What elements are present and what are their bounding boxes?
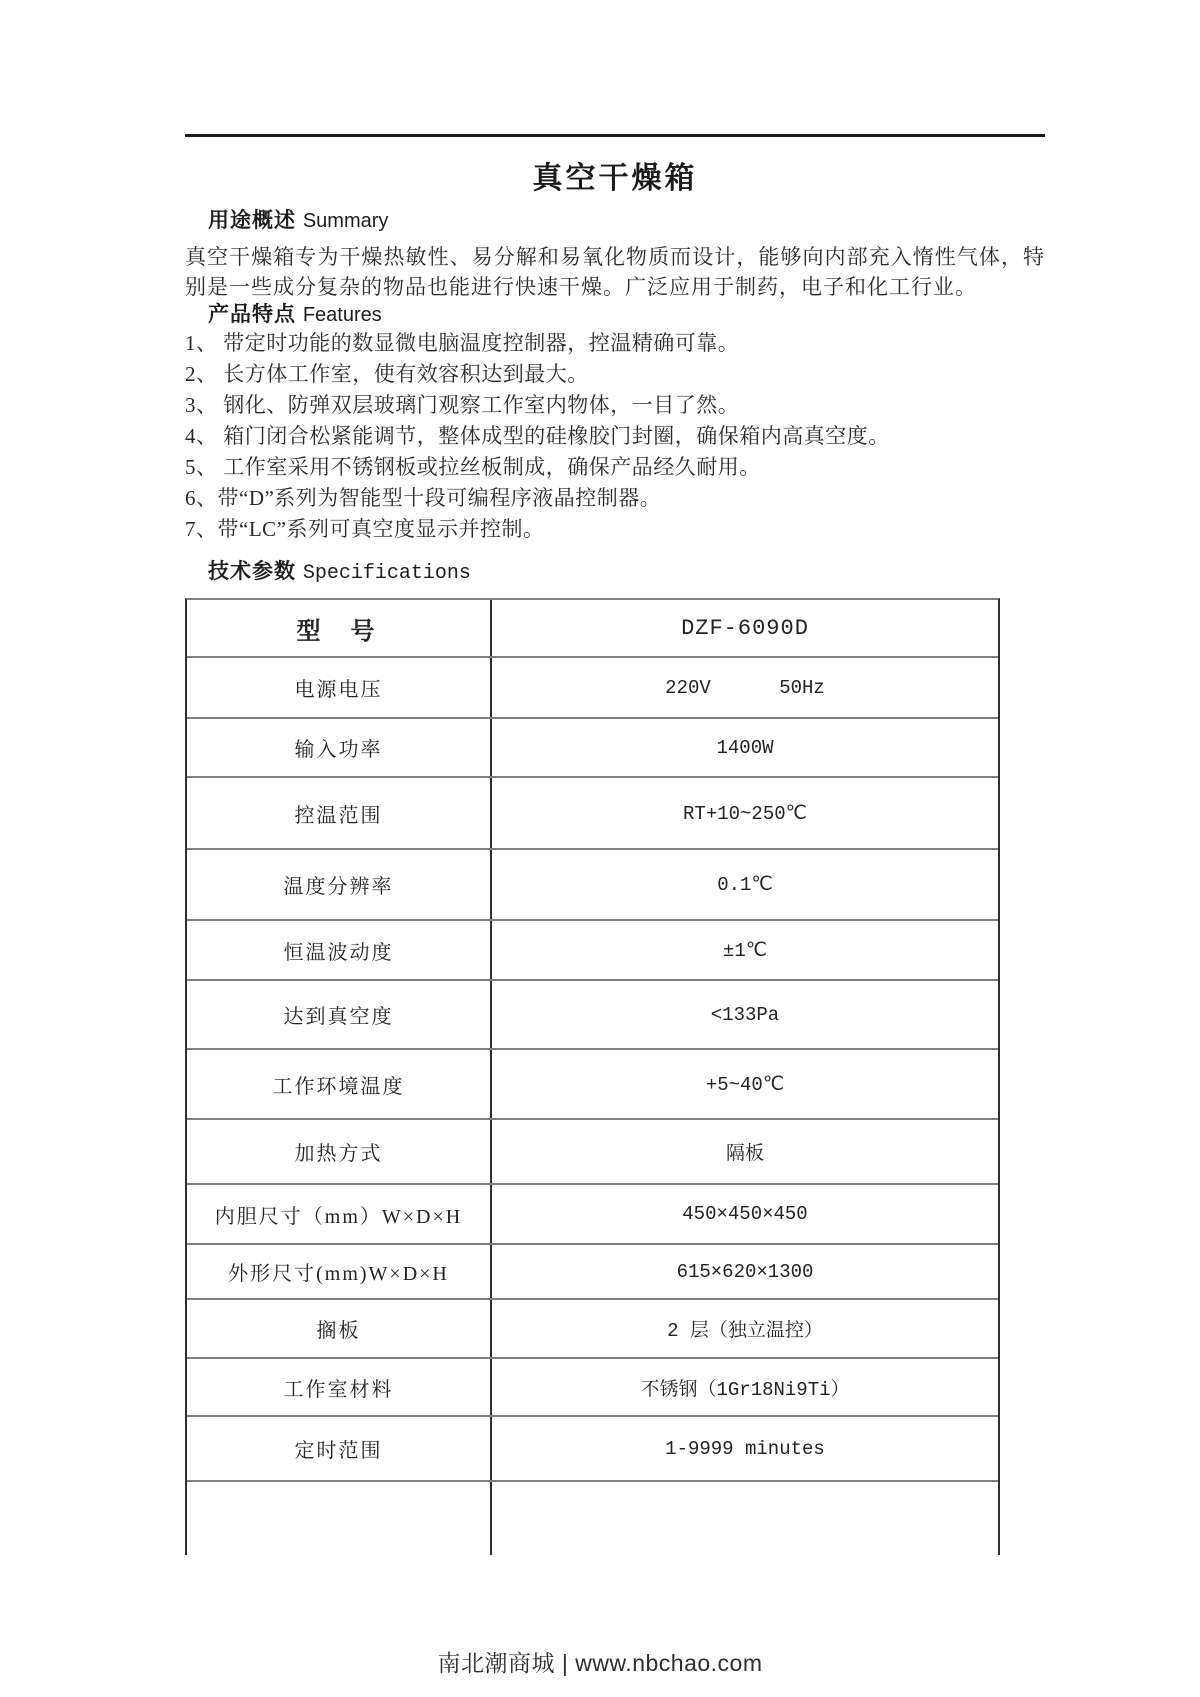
feature-item-4: 4、 箱门闭合松紧能调节，整体成型的硅橡胶门封圈，确保箱内高真空度。 xyxy=(185,421,1045,452)
page-title: 真空干燥箱 xyxy=(185,153,1045,192)
specifications-heading: 技术参数 Specifications xyxy=(185,559,1045,585)
features-heading: 产品特点 Features xyxy=(185,302,1045,328)
document-content: 真空干燥箱 用途概述 Summary 真空干燥箱专为干燥热敏性、易分解和易氧化物… xyxy=(185,0,1045,1555)
spec-value-power: 1400W xyxy=(492,719,998,776)
spec-value-outer-size: 615×620×1300 xyxy=(492,1245,998,1298)
spec-label-inner-size: 内胆尺寸（mm）W×D×H xyxy=(187,1185,492,1243)
document-page: { "document": { "title": "真空干燥箱", "summa… xyxy=(0,0,1200,1697)
table-row-power: 输入功率 1400W xyxy=(187,719,998,778)
header-rule xyxy=(185,134,1045,137)
spec-value-heating: 隔板 xyxy=(492,1120,998,1183)
spec-label-fluctuation: 恒温波动度 xyxy=(187,921,492,979)
spec-value-empty xyxy=(492,1482,998,1555)
table-row-timer: 定时范围 1-9999 minutes xyxy=(187,1417,998,1482)
table-row-ambient: 工作环境温度 +5~40℃ xyxy=(187,1050,998,1120)
spec-label-temp-range: 控温范围 xyxy=(187,778,492,848)
spec-value-vacuum: <133Pa xyxy=(492,981,998,1048)
table-row-model: 型 号 DZF-6090D xyxy=(187,600,998,658)
table-row-fluctuation: 恒温波动度 ±1℃ xyxy=(187,921,998,981)
table-row-outer-size: 外形尺寸(mm)W×D×H 615×620×1300 xyxy=(187,1245,998,1300)
summary-heading-en: Summary xyxy=(303,210,389,232)
spec-label-ambient: 工作环境温度 xyxy=(187,1050,492,1118)
spec-value-model: DZF-6090D xyxy=(492,600,998,656)
spec-label-outer-size: 外形尺寸(mm)W×D×H xyxy=(187,1245,492,1298)
spec-value-shelves: 2 层（独立温控） xyxy=(492,1300,998,1357)
table-row-shelves: 搁板 2 层（独立温控） xyxy=(187,1300,998,1359)
feature-item-5: 5、 工作室采用不锈钢板或拉丝板制成，确保产品经久耐用。 xyxy=(185,452,1045,483)
spec-label-material: 工作室材料 xyxy=(187,1359,492,1415)
feature-item-6: 6、带“D”系列为智能型十段可编程序液晶控制器。 xyxy=(185,483,1045,514)
spec-value-inner-size: 450×450×450 xyxy=(492,1185,998,1243)
features-heading-en: Features xyxy=(303,304,382,326)
features-list: 1、 带定时功能的数显微电脑温度控制器，控温精确可靠。 2、 长方体工作室，使有… xyxy=(185,328,1045,545)
spec-value-material: 不锈钢（1Gr18Ni9Ti） xyxy=(492,1359,998,1415)
spec-label-empty xyxy=(187,1482,492,1555)
table-row-resolution: 温度分辨率 0.1℃ xyxy=(187,850,998,921)
table-row-temp-range: 控温范围 RT+10~250℃ xyxy=(187,778,998,850)
table-row-material: 工作室材料 不锈钢（1Gr18Ni9Ti） xyxy=(187,1359,998,1417)
table-row-inner-size: 内胆尺寸（mm）W×D×H 450×450×450 xyxy=(187,1185,998,1245)
spec-label-vacuum: 达到真空度 xyxy=(187,981,492,1048)
spec-value-voltage: 220V 50Hz xyxy=(492,658,998,717)
page-footer: 南北潮商城 | www.nbchao.com xyxy=(0,1645,1200,1675)
spec-value-ambient: +5~40℃ xyxy=(492,1050,998,1118)
feature-item-3: 3、 钢化、防弹双层玻璃门观察工作室内物体，一目了然。 xyxy=(185,390,1045,421)
spec-label-power: 输入功率 xyxy=(187,719,492,776)
summary-heading: 用途概述 Summary xyxy=(185,208,1045,234)
spec-label-timer: 定时范围 xyxy=(187,1417,492,1480)
feature-item-7: 7、带“LC”系列可真空度显示并控制。 xyxy=(185,514,1045,545)
features-heading-zh: 产品特点 xyxy=(208,303,296,326)
feature-item-2: 2、 长方体工作室，使有效容积达到最大。 xyxy=(185,359,1045,390)
spec-label-model: 型 号 xyxy=(187,600,492,656)
spec-value-fluctuation: ±1℃ xyxy=(492,921,998,979)
spec-value-temp-range: RT+10~250℃ xyxy=(492,778,998,848)
specifications-heading-zh: 技术参数 xyxy=(208,560,296,583)
table-row-voltage: 电源电压 220V 50Hz xyxy=(187,658,998,719)
spec-value-resolution: 0.1℃ xyxy=(492,850,998,919)
summary-heading-zh: 用途概述 xyxy=(208,209,296,232)
spec-label-resolution: 温度分辨率 xyxy=(187,850,492,919)
table-row-clipped xyxy=(187,1482,998,1555)
table-row-heating: 加热方式 隔板 xyxy=(187,1120,998,1185)
spec-label-shelves: 搁板 xyxy=(187,1300,492,1357)
table-row-vacuum: 达到真空度 <133Pa xyxy=(187,981,998,1050)
spec-label-heating: 加热方式 xyxy=(187,1120,492,1183)
footer-text: 南北潮商城 | www.nbchao.com xyxy=(437,1650,762,1676)
specifications-table: 型 号 DZF-6090D 电源电压 220V 50Hz 输入功率 1400W … xyxy=(185,598,1000,1555)
specifications-heading-en: Specifications xyxy=(303,562,471,585)
spec-label-voltage: 电源电压 xyxy=(187,658,492,717)
spec-value-timer: 1-9999 minutes xyxy=(492,1417,998,1480)
summary-paragraph: 真空干燥箱专为干燥热敏性、易分解和易氧化物质而设计，能够向内部充入惰性气体，特别… xyxy=(185,242,1045,302)
feature-item-1: 1、 带定时功能的数显微电脑温度控制器，控温精确可靠。 xyxy=(185,328,1045,359)
